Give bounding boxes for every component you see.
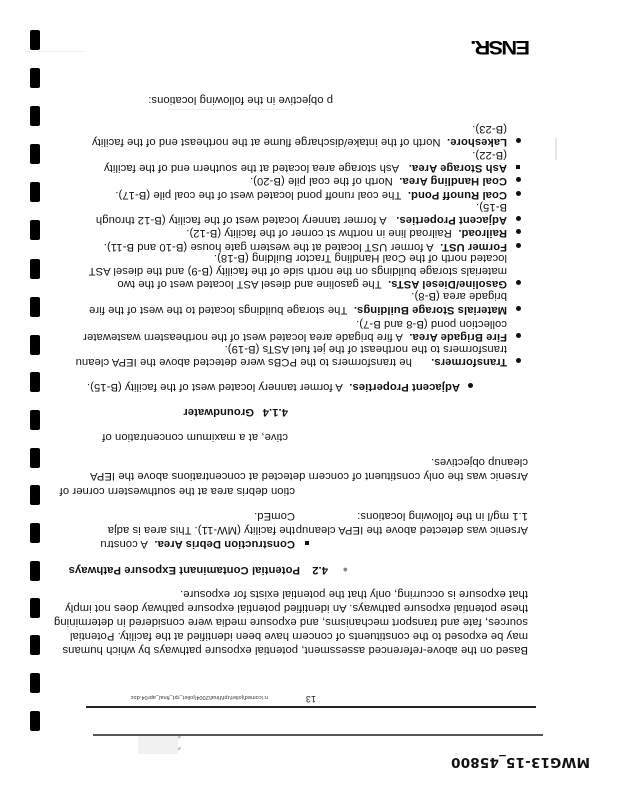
binding-hole — [30, 598, 40, 618]
section-marker-icon: ● — [342, 563, 348, 576]
binding-hole — [30, 182, 40, 202]
construction-debris-label: Construction Debris Area. — [154, 538, 295, 550]
materials-storage-item: Materials Storage Buildings. The storage… — [89, 303, 507, 316]
binding-hole — [30, 485, 40, 505]
section-414-title: Groundwater — [183, 405, 254, 418]
binding-hole — [30, 673, 40, 693]
document-id: MWG13-15_45800 — [451, 754, 590, 770]
bullet-text: Railroad line in northw st corner of the… — [186, 227, 452, 239]
footer-path: n:\comed\joliet\rpt\final\2004\joliet_rp… — [131, 694, 268, 700]
faint-mark — [168, 109, 288, 110]
bullet-label: Former UST. — [440, 241, 507, 253]
bullet-text: The gasoline and diesel AST located west… — [117, 278, 381, 290]
bullet-icon — [516, 177, 521, 182]
binding-hole — [30, 297, 40, 317]
lakeshore-cont: (B-23). — [472, 122, 507, 135]
bullet-icon — [516, 165, 520, 169]
bullet-text: A former tannery located west of the fac… — [96, 214, 387, 226]
top-rule — [86, 706, 536, 708]
document-page: MWG13-15_45800 1 13 n:\comed\joliet\rpt\… — [0, 0, 618, 800]
adjacent-properties-2-item: Adjacent Properties. A former tannery lo… — [96, 213, 507, 226]
bullet-icon — [516, 306, 521, 311]
arsenic-line-2: cleanup objectives. — [431, 455, 528, 468]
materials-storage-cont: brigade area (B-8). — [411, 289, 507, 302]
objective-line: p objective in the following locations: — [148, 93, 333, 106]
bullet-text: North of the coal pile (B-20). — [250, 175, 393, 187]
arsenic-detected-left-2: 1.1 mg/l in the following locations: — [357, 509, 528, 522]
bullet-text: The storage buildings located to the wes… — [89, 304, 347, 316]
coal-handling-item: Coal Handling Area. North of the coal pi… — [250, 174, 507, 187]
section-42-number: 4.2 — [312, 563, 328, 576]
adjacent-properties-item: Adjacent Properties. A former tannery lo… — [87, 380, 460, 393]
adjacent-properties-text: A former tannery located west of the fac… — [87, 381, 343, 393]
bullet-label: Materials Storage Buildings. — [354, 304, 507, 316]
binding-hole — [30, 523, 40, 543]
arsenic-detected-right-2: ComEd. — [254, 509, 295, 522]
transformers-item: Transformers. he transformers to the PCB… — [76, 355, 507, 368]
bullet-icon — [516, 191, 521, 196]
construction-debris-text: A constru — [100, 538, 148, 550]
bullet-text: A fire brigade area located west of the … — [83, 331, 403, 343]
binding-hole — [30, 30, 40, 50]
bullet-icon — [516, 333, 521, 338]
bullet-label: Coal Runoff Pond. — [408, 189, 507, 201]
bullet-text: North of the intake/discharge flume at t… — [92, 136, 441, 148]
section-414-number: 4.1.4 — [263, 405, 288, 418]
arsenic-line-1: Arsenic was the only constituent of conc… — [90, 469, 528, 482]
binding-hole — [30, 68, 40, 88]
gasoline-diesel-cont-1: materials storage buildings on the north… — [89, 264, 507, 277]
adjacent-properties-label: Adjacent Properties. — [349, 381, 460, 393]
faint-mark — [25, 51, 85, 52]
binding-hole — [30, 561, 40, 581]
bullet-label: Lakeshore. — [447, 136, 507, 148]
ash-storage-cont: (B-22). — [472, 148, 507, 161]
ction-debris-line: ction debris area at the southwestern co… — [60, 484, 295, 497]
bullet-label: Adjacent Properties. — [396, 214, 507, 226]
fire-brigade-cont: collection pond (B-8 and B-7). — [356, 317, 507, 330]
ash-storage-item: Ash Storage Area. Ash storage area locat… — [104, 161, 507, 174]
bullet-icon — [516, 280, 521, 285]
bullet-label: Coal Handling Area. — [399, 175, 507, 187]
binding-hole — [30, 220, 40, 240]
section-42-title: Potential Contaminant Exposure Pathways — [69, 563, 300, 576]
top-rule-gray — [93, 734, 543, 736]
binding-hole — [30, 448, 40, 468]
ensr-logo: ENSR. — [472, 35, 530, 57]
binding-hole — [30, 259, 40, 279]
lakeshore-item: Lakeshore. North of the intake/discharge… — [92, 135, 507, 148]
coal-runoff-item: Coal Runoff Pond. The coal runoff pond l… — [115, 188, 507, 201]
binding-hole — [30, 711, 40, 731]
binding-hole — [30, 106, 40, 126]
ctive-line: ctive, at a maximum concentration of — [102, 430, 288, 443]
bullet-text: A former UST located at the western gate… — [104, 241, 434, 253]
intro-line-3: sources, fate and transport mechanisms, … — [54, 615, 528, 628]
bullet-label: Transformers. — [431, 356, 507, 368]
fire-brigade-item: Fire Brigade Area. A fire brigade area l… — [83, 330, 507, 343]
bullet-label: Fire Brigade Area. — [409, 331, 507, 343]
bullet-text: Ash storage area located at the southern… — [104, 162, 399, 174]
intro-line-2: may be exposed to the constituents of co… — [70, 629, 528, 642]
bullet-icon — [305, 541, 309, 545]
intro-line-5: that exposure is occurring, only that th… — [180, 587, 528, 600]
intro-line-4: these potential exposure pathways. An id… — [65, 601, 528, 614]
bullet-icon — [516, 138, 521, 143]
binding-hole — [30, 372, 40, 392]
bullet-icon — [468, 383, 473, 388]
bullet-label: Ash Storage Area. — [409, 162, 507, 174]
bullet-icon — [516, 358, 521, 363]
bullet-label: Gasoline/Diesel ASTs. — [388, 278, 507, 290]
arsenic-detected-right-1: the facility (MW-11). This area is adja — [108, 523, 295, 536]
binding-hole — [30, 144, 40, 164]
gasoline-diesel-item: Gasoline/Diesel ASTs. The gasoline and d… — [117, 277, 507, 290]
arsenic-detected-left-1: Arsenic was detected above the IEPA clea… — [296, 523, 528, 536]
adjacent-properties-2-cont: B-15). — [476, 200, 507, 213]
bullet-text: The coal runoff pond located west of the… — [115, 189, 401, 201]
construction-debris-line: Construction Debris Area. A constru — [100, 537, 295, 550]
stamp-shadow — [138, 736, 178, 754]
bullet-icon — [516, 243, 521, 248]
faint-mark — [555, 138, 557, 160]
former-ust-item: Former UST. A former UST located at the … — [104, 240, 507, 253]
intro-line-1: Based on the above-referenced assessment… — [62, 643, 528, 656]
bullet-icon — [516, 216, 521, 221]
bullet-label: Railroad. — [458, 227, 507, 239]
binding-hole — [30, 635, 40, 655]
transformers-cont: transformers to the northeast of the jet… — [224, 342, 507, 355]
bullet-text: he transformers to the PCBs were detecte… — [76, 356, 412, 368]
binding-hole — [30, 335, 40, 355]
binding-hole — [30, 410, 40, 430]
page-number: 13 — [306, 694, 316, 704]
bullet-icon — [516, 229, 521, 234]
railroad-item: Railroad. Railroad line in northw st cor… — [186, 226, 507, 239]
